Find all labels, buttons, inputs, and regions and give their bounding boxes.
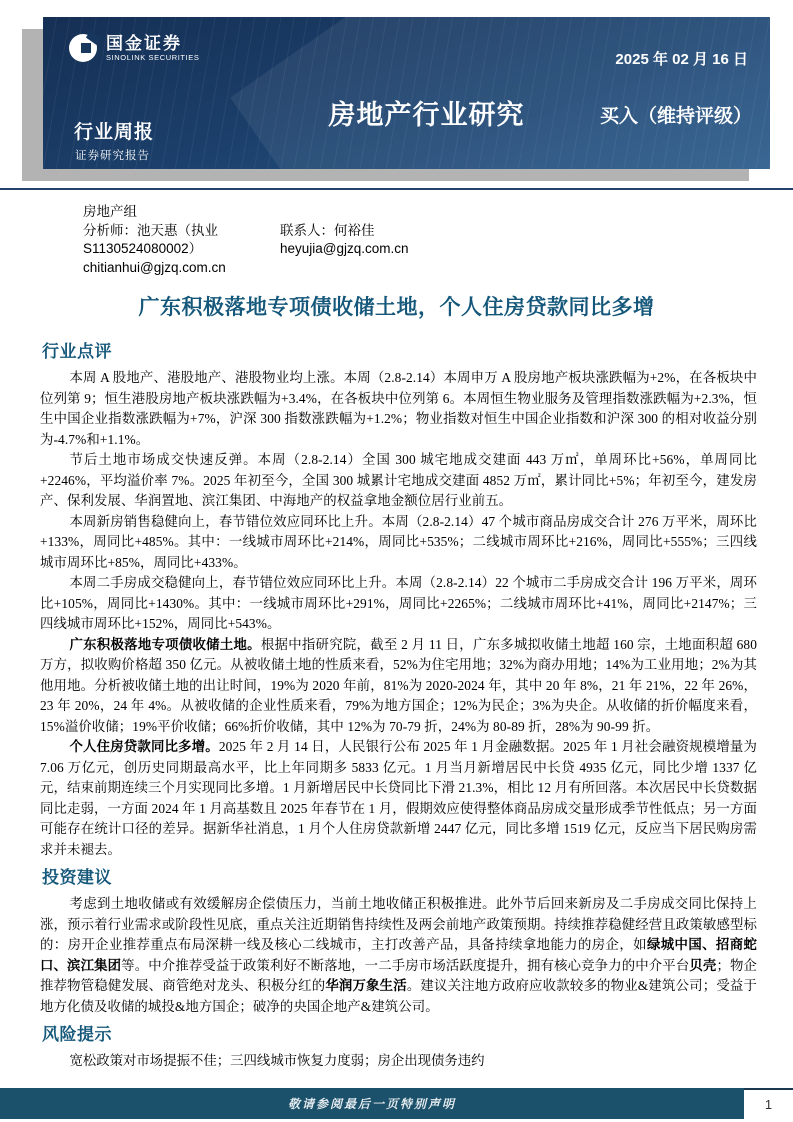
report-date: 2025 年 02 月 16 日 [615,48,748,69]
analyst-name: 分析师：池天惠（执业 [83,222,280,241]
brand-name-en: SINOLINK SECURITIES [106,53,200,62]
document-title: 广东积极落地专项债收储土地，个人住房贷款同比多增 [0,291,793,321]
footer-bar: 敬请参阅最后一页特别声明 [0,1088,744,1119]
analyst-block: 房地产组 分析师：池天惠（执业 S1130524080002） chitianh… [83,203,723,277]
header-banner: 国金证券 SINOLINK SECURITIES 2025 年 02 月 16 … [43,17,770,169]
header-divider [0,188,793,190]
contact-column: 联系人：何裕佳 heyujia@gjzq.com.cn [280,203,409,277]
section-heading-industry-comment: 行业点评 [42,340,757,364]
paragraph: 本周二手房成交稳健向上，春节错位效应同环比上升。本周（2.8-2.14）22 个… [40,573,757,635]
contact-name: 联系人：何裕佳 [280,222,409,241]
analyst-group: 房地产组 [83,203,280,222]
rating-badge: 买入（维持评级） [600,101,752,128]
report-page: 国金证券 SINOLINK SECURITIES 2025 年 02 月 16 … [0,0,793,1122]
report-type: 行业周报 [74,117,154,144]
analyst-column: 房地产组 分析师：池天惠（执业 S1130524080002） chitianh… [83,203,280,277]
paragraph: 本周新房销售稳健向上，春节错位效应同环比上升。本周（2.8-2.14）47 个城… [40,512,757,574]
paragraph: 广东积极落地专项债收储土地。根据中指研究院，截至 2 月 11 日，广东多城拟收… [40,635,757,738]
section-heading-investment-advice: 投资建议 [42,866,757,890]
brand-name-cn: 国金证券 [106,35,200,53]
risk-warning-text: 宽松政策对市场提振不佳；三四线城市恢复力度弱；房企出现债务违约 [40,1051,757,1072]
brand-logo: 国金证券 SINOLINK SECURITIES [69,34,200,62]
paragraph: 节后土地市场成交快速反弹。本周（2.8-2.14）全国 300 城宅地成交建面 … [40,450,757,512]
sinolink-logo-icon [69,34,97,62]
brand-text: 国金证券 SINOLINK SECURITIES [106,35,200,62]
contact-email: heyujia@gjzq.com.cn [280,240,409,259]
analyst-email: chitianhui@gjzq.com.cn [83,259,280,278]
paragraph: 考虑到土地收储或有效缓解房企偿债压力，当前土地收储正积极推进。此外节后回来新房及… [40,894,757,1017]
paragraph: 本周 A 股地产、港股地产、港股物业均上涨。本周（2.8-2.14）本周申万 A… [40,368,757,450]
report-category: 证券研究报告 [75,147,150,163]
footer-disclaimer: 敬请参阅最后一页特别声明 [288,1095,456,1112]
section-heading-risk-warning: 风险提示 [42,1023,757,1047]
paragraph: 个人住房贷款同比多增。2025 年 2 月 14 日，人民银行公布 2025 年… [40,737,757,860]
report-body: 行业点评 本周 A 股地产、港股地产、港股物业均上涨。本周（2.8-2.14）本… [40,334,757,1072]
page-number: 1 [744,1088,793,1119]
analyst-license: S1130524080002） [83,240,280,259]
